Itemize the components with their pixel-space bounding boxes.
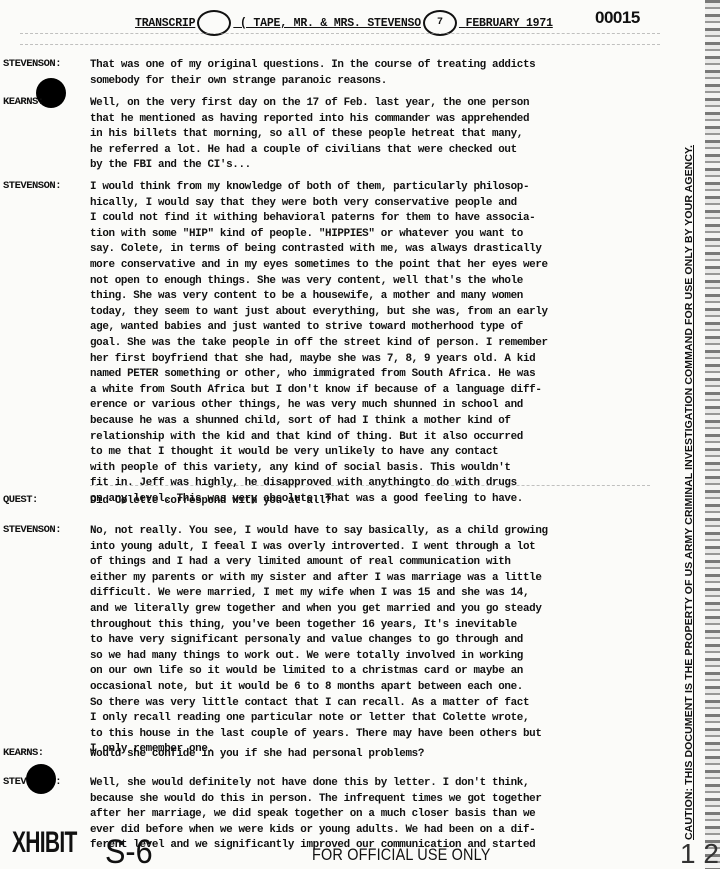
redaction-blot-icon xyxy=(26,764,56,794)
classification-footer: FOR OFFICIAL USE ONLY xyxy=(312,845,491,865)
exhibit-label: XHIBIT xyxy=(12,826,77,860)
speaker-label: STEVENSON: xyxy=(3,180,61,192)
speaker-label: QUEST: xyxy=(3,494,38,506)
utterance-text: Well, she would definitely not have done… xyxy=(90,776,650,854)
utterance-text: That was one of my original questions. I… xyxy=(90,58,650,89)
header-title-part-1: TRANSCRIP xyxy=(135,17,195,30)
header-title-part-2: ( TAPE, MR. & MRS. STEVENSO xyxy=(240,17,421,30)
scan-noise-line xyxy=(20,44,660,45)
utterance-text: I would think from my knowledge of both … xyxy=(90,180,650,507)
speaker-label: STEVENSON: xyxy=(3,58,61,70)
caution-property-stamp: CAUTION: THIS DOCUMENT IS THE PROPERTY O… xyxy=(683,145,695,840)
scan-noise-line xyxy=(90,485,650,486)
speaker-label: KEARNS: xyxy=(3,747,44,759)
scan-edge-border xyxy=(705,0,720,869)
utterance-text: Would she confide in you if she had pers… xyxy=(90,747,650,763)
utterance-text: No, not really. You see, I would have to… xyxy=(90,524,650,758)
speaker-label: STEVENSON: xyxy=(3,524,61,536)
speaker-label: KEARNS: xyxy=(3,96,44,108)
handwritten-corner-mark: 1 2 xyxy=(680,838,719,869)
utterance-text: Did Colette correspond with you at all? xyxy=(90,494,650,510)
scan-noise-line xyxy=(20,33,660,34)
utterance-text: Well, on the very first day on the 17 of… xyxy=(90,96,650,174)
document-number: 00015 xyxy=(595,8,640,28)
header-title-part-3: FEBRUARY 1971 xyxy=(466,17,553,30)
exhibit-number: S-6 xyxy=(105,833,153,869)
transcript-page: TRANSCRIP ( TAPE, MR. & MRS. STEVENSO7 F… xyxy=(0,0,720,869)
